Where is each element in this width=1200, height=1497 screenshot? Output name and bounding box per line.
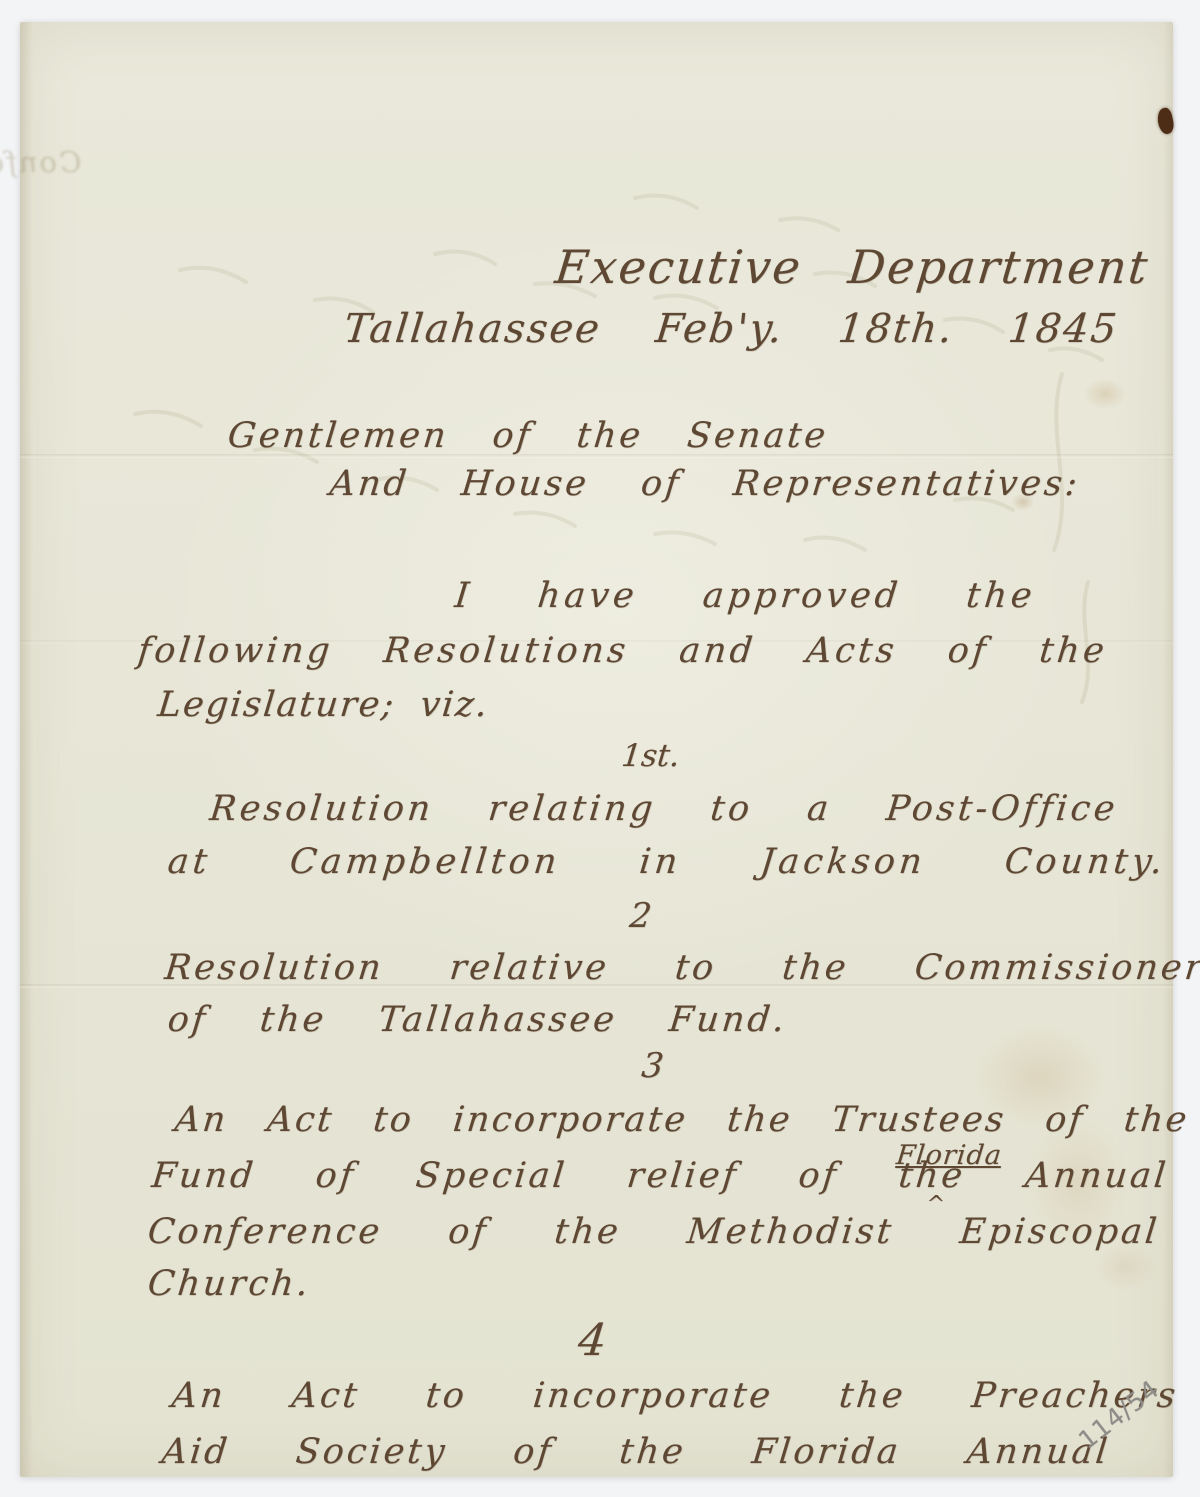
show-through-text: Conference of the Methodist Episcopal Ch… — [0, 148, 83, 177]
opening-line-1: I have approved the — [453, 579, 1037, 614]
item-3-line-1: An Act to incorporate the Trustees of th… — [173, 1103, 1191, 1138]
item-1-line-1: Resolution relating to a Post-Office — [208, 792, 1120, 827]
manuscript-page: Conference of the Methodist Episcopal Ch… — [20, 22, 1173, 1477]
item-3-line-3: Conference of the Methodist Episcopal — [146, 1215, 1161, 1250]
ink-blot — [1155, 107, 1175, 136]
item-4-line-2: Aid Society of the Florida Annual — [160, 1435, 1112, 1470]
item-2-line-1: Resolution relative to the Commissioner — [163, 951, 1200, 986]
opening-line-2: following Resolutions and Acts of the — [136, 634, 1109, 669]
item-3-number: 3 — [640, 1049, 665, 1083]
item-3-line-4: Church. — [146, 1267, 313, 1302]
heading-dateline: Tallahassee Feb'y. 18th. 1845 — [342, 309, 1120, 349]
opening-line-3: Legislature; viz. — [156, 688, 491, 723]
item-2-number: 2 — [628, 899, 653, 933]
item-1-number: 1st. — [620, 741, 681, 772]
item-2-line-2: of the Tallahassee Fund. — [166, 1003, 789, 1038]
heading-department: Executive Department — [553, 244, 1151, 290]
scan-background: Conference of the Methodist Episcopal Ch… — [0, 0, 1200, 1497]
salutation-line-1: Gentlemen of the Senate — [226, 419, 830, 454]
item-4-number: 4 — [576, 1319, 609, 1363]
item-4-line-1: An Act to incorporate the Preachers — [170, 1379, 1180, 1414]
salutation-line-2: And House of Representatives: — [328, 467, 1082, 502]
item-3-line-2: Fund of Special relief of the Annual — [150, 1159, 1170, 1194]
item-1-line-2: at Campbellton in Jackson County. — [166, 845, 1168, 880]
